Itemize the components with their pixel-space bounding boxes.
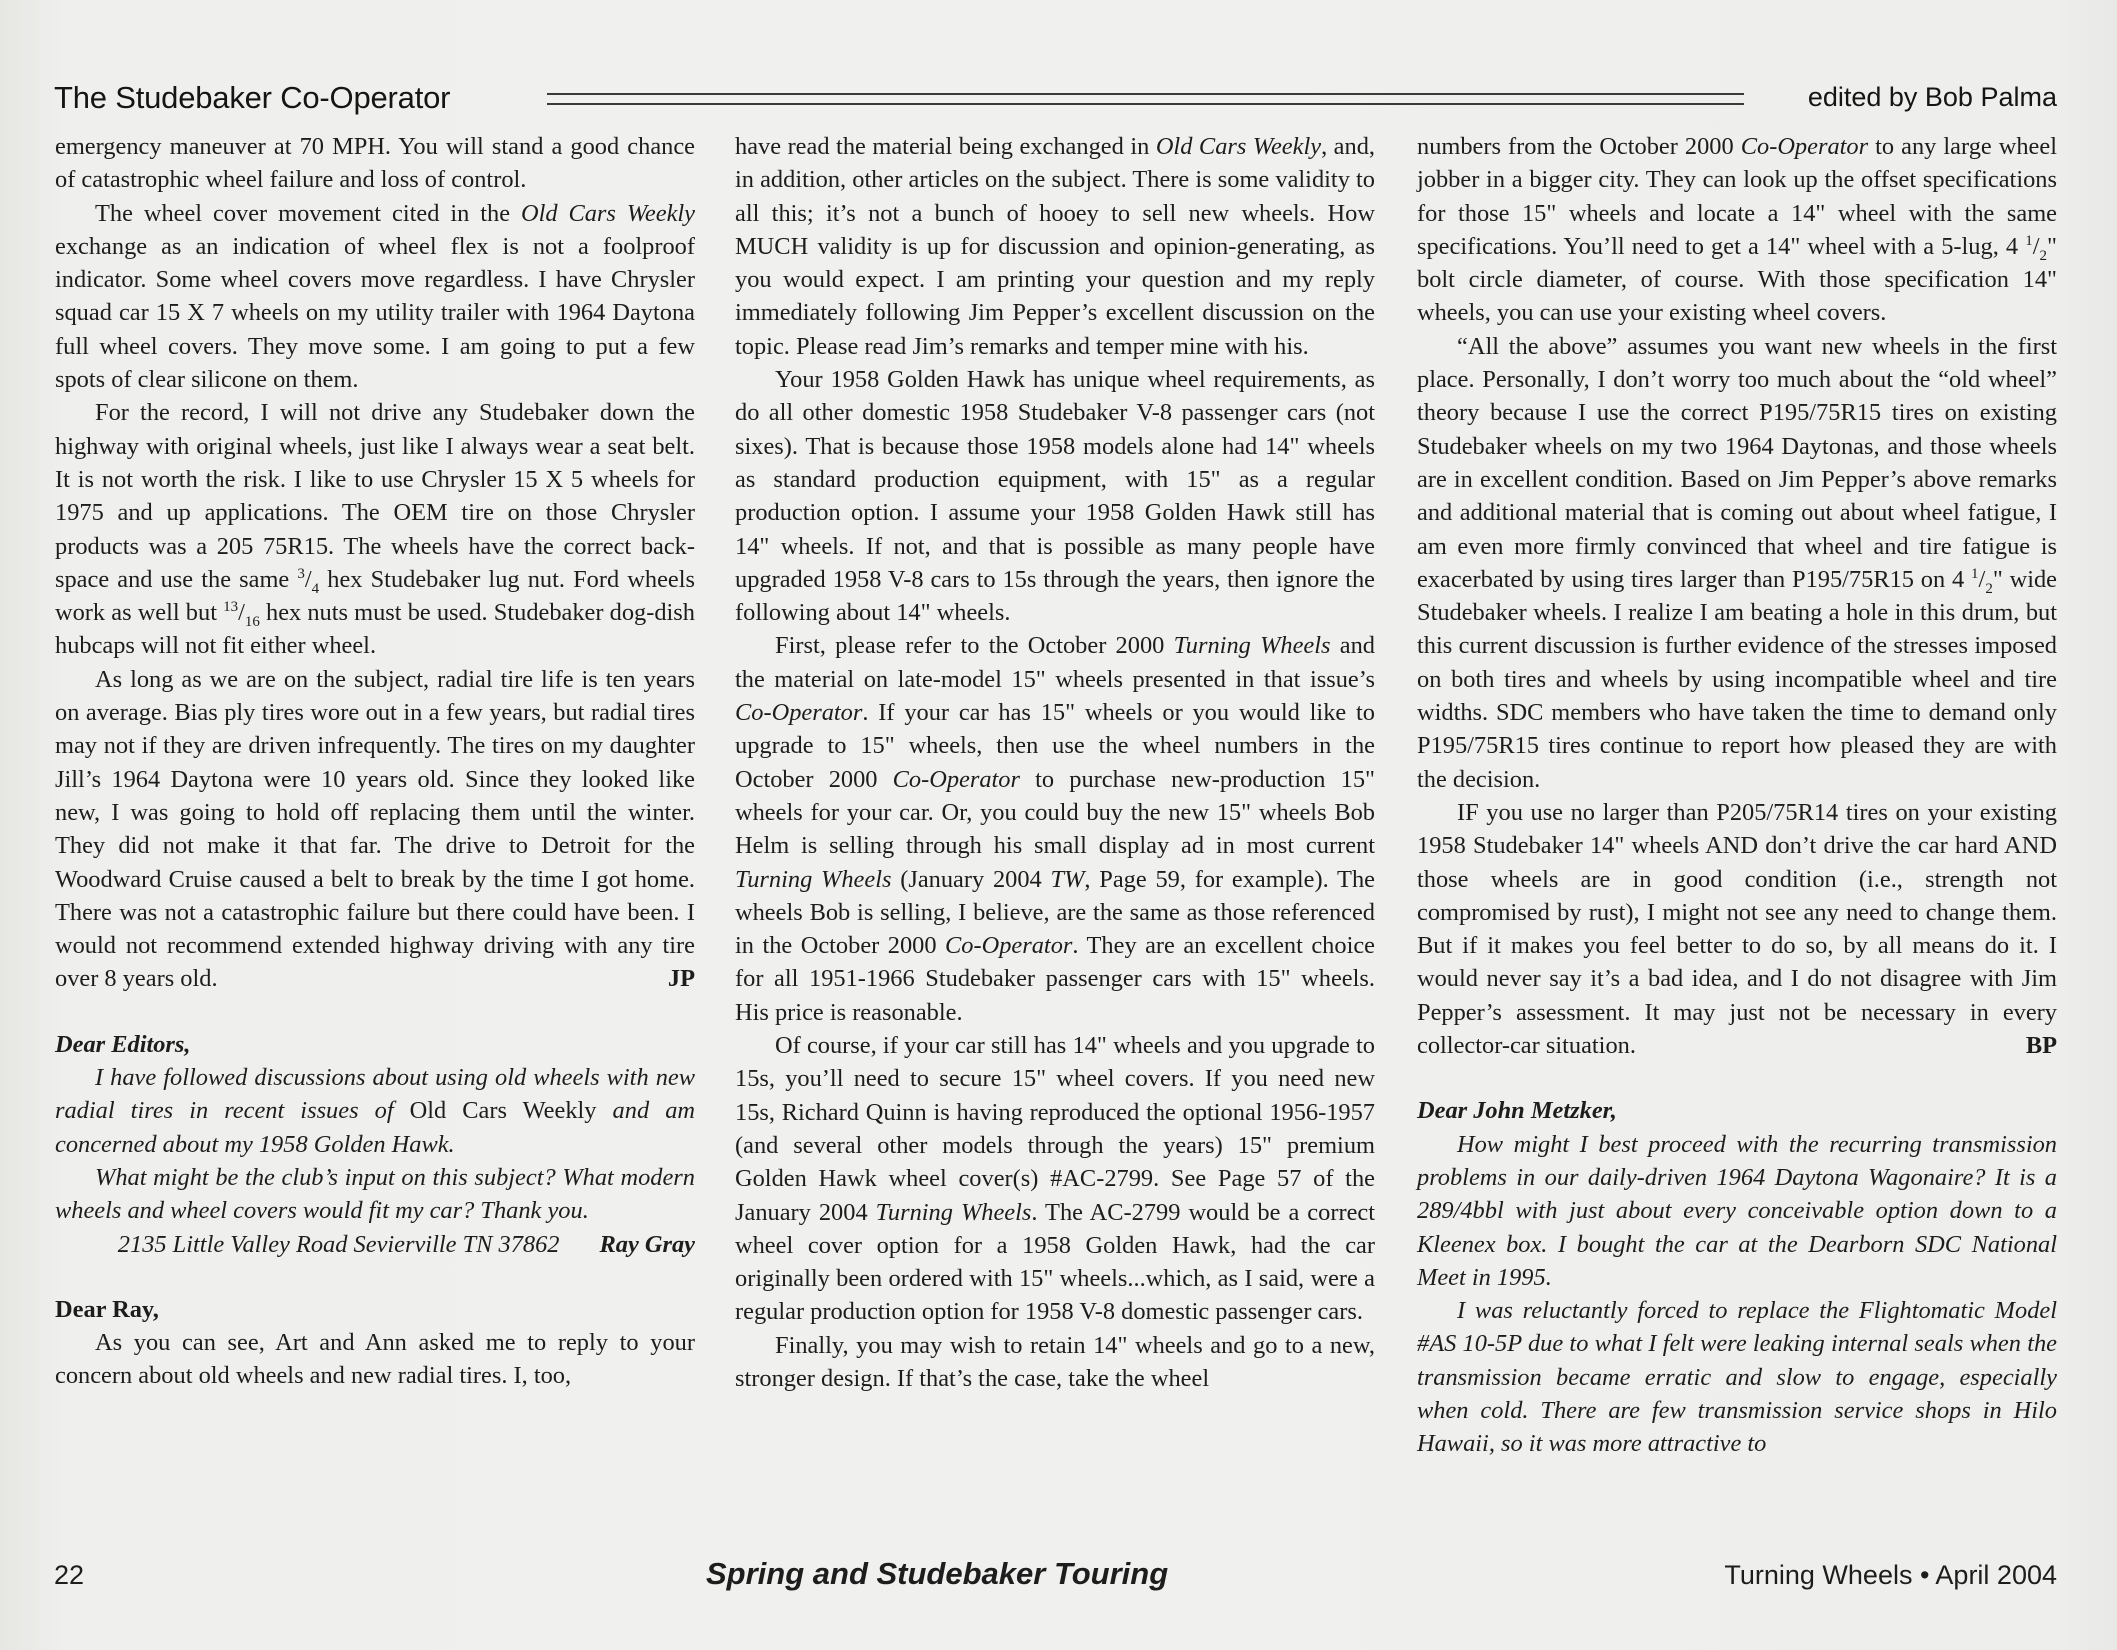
fraction-denominator: 16 bbox=[245, 614, 260, 630]
fraction-denominator: 2 bbox=[1985, 581, 1993, 597]
text: As long as we are on the subject, radial… bbox=[55, 666, 695, 993]
paragraph: Of course, if your car still has 14" whe… bbox=[735, 1029, 1375, 1329]
letter-salutation: Dear Editors, bbox=[55, 1028, 695, 1061]
text: numbers from the October 2000 bbox=[1417, 133, 1741, 160]
text: “All the above” assumes you want new whe… bbox=[1417, 333, 2057, 593]
fraction-denominator: 2 bbox=[2040, 248, 2048, 264]
column-1: emergency maneuver at 70 MPH. You will s… bbox=[55, 130, 695, 1393]
paragraph: IF you use no larger than P205/75R14 tir… bbox=[1417, 796, 2057, 1062]
publication-title: Co-Operator bbox=[1741, 133, 1868, 160]
text: exchange as an indication of wheel flex … bbox=[55, 233, 695, 393]
editor-credit: edited by Bob Palma bbox=[1808, 82, 2057, 113]
letter-paragraph: I was reluctantly forced to replace the … bbox=[1417, 1294, 2057, 1460]
fraction-numerator: 1 bbox=[1971, 566, 1979, 582]
publication-title: Co-Operator bbox=[735, 699, 862, 726]
text: " wide Studebaker wheels. I realize I am… bbox=[1417, 566, 2057, 793]
feature-title: Spring and Studebaker Touring bbox=[706, 1556, 1168, 1592]
text: First, please refer to the October 2000 bbox=[775, 632, 1174, 659]
letter-paragraph: What might be the club’s input on this s… bbox=[55, 1161, 695, 1228]
text: What might be the club’s input on this s… bbox=[55, 1164, 695, 1224]
publication-title: Old Cars Weekly bbox=[521, 200, 695, 227]
section-title: The Studebaker Co-Operator bbox=[54, 80, 450, 116]
publication-title: TW bbox=[1051, 866, 1085, 893]
publication-title: Turning Wheels bbox=[735, 866, 891, 893]
text: IF you use no larger than P205/75R14 tir… bbox=[1417, 799, 2057, 1059]
paragraph: Your 1958 Golden Hawk has unique wheel r… bbox=[735, 363, 1375, 629]
publication-title: Old Cars Weekly bbox=[1156, 133, 1321, 160]
fraction-numerator: 1 bbox=[2025, 233, 2033, 249]
header-rule-bottom bbox=[547, 103, 1744, 105]
publication-title: Co-Operator bbox=[945, 932, 1072, 959]
text: The wheel cover movement cited in the bbox=[95, 200, 521, 227]
paragraph: For the record, I will not drive any Stu… bbox=[55, 396, 695, 662]
publication-title: Co-Operator bbox=[893, 766, 1020, 793]
column-3: numbers from the October 2000 Co-Operato… bbox=[1417, 130, 2057, 1461]
column-2: have read the material being exchanged i… bbox=[735, 130, 1375, 1395]
letter-signature: Ray Gray bbox=[559, 1228, 695, 1261]
reply-salutation: Dear Ray, bbox=[55, 1293, 695, 1326]
text: have read the material being exchanged i… bbox=[735, 133, 1156, 160]
publication-title: Turning Wheels bbox=[1174, 632, 1331, 659]
author-initials: JP bbox=[628, 962, 695, 995]
text: , and, in addition, other articles on th… bbox=[735, 133, 1375, 360]
paragraph: “All the above” assumes you want new whe… bbox=[1417, 330, 2057, 796]
publication-title: Turning Wheels bbox=[876, 1199, 1032, 1226]
fraction-numerator: 13 bbox=[223, 599, 238, 615]
paragraph: numbers from the October 2000 Co-Operato… bbox=[1417, 130, 2057, 330]
paragraph: Finally, you may wish to retain 14" whee… bbox=[735, 1329, 1375, 1396]
text: Of course, if your car still has 14" whe… bbox=[735, 1032, 1375, 1225]
text: For the record, I will not drive any Stu… bbox=[55, 399, 695, 592]
paragraph: First, please refer to the October 2000 … bbox=[735, 629, 1375, 1029]
page-number: 22 bbox=[54, 1560, 84, 1591]
paragraph: As long as we are on the subject, radial… bbox=[55, 663, 695, 996]
header-rule-top bbox=[547, 93, 1744, 95]
author-initials: BP bbox=[1986, 1029, 2057, 1062]
fraction-numerator: 3 bbox=[297, 566, 305, 582]
paragraph: have read the material being exchanged i… bbox=[735, 130, 1375, 363]
letter-salutation: Dear John Metzker, bbox=[1417, 1094, 2057, 1127]
paragraph: emergency maneuver at 70 MPH. You will s… bbox=[55, 130, 695, 197]
letter-paragraph: How might I best proceed with the recurr… bbox=[1417, 1128, 2057, 1294]
publication-title: Old Cars Weekly bbox=[410, 1097, 597, 1124]
publication-info: Turning Wheels • April 2004 bbox=[1724, 1560, 2057, 1591]
text: (Janu­ary 2004 bbox=[891, 866, 1050, 893]
letter-paragraph: I have followed discussions about using … bbox=[55, 1061, 695, 1161]
paragraph: As you can see, Art and Ann asked me to … bbox=[55, 1326, 695, 1393]
paragraph: The wheel cover movement cited in the Ol… bbox=[55, 197, 695, 397]
